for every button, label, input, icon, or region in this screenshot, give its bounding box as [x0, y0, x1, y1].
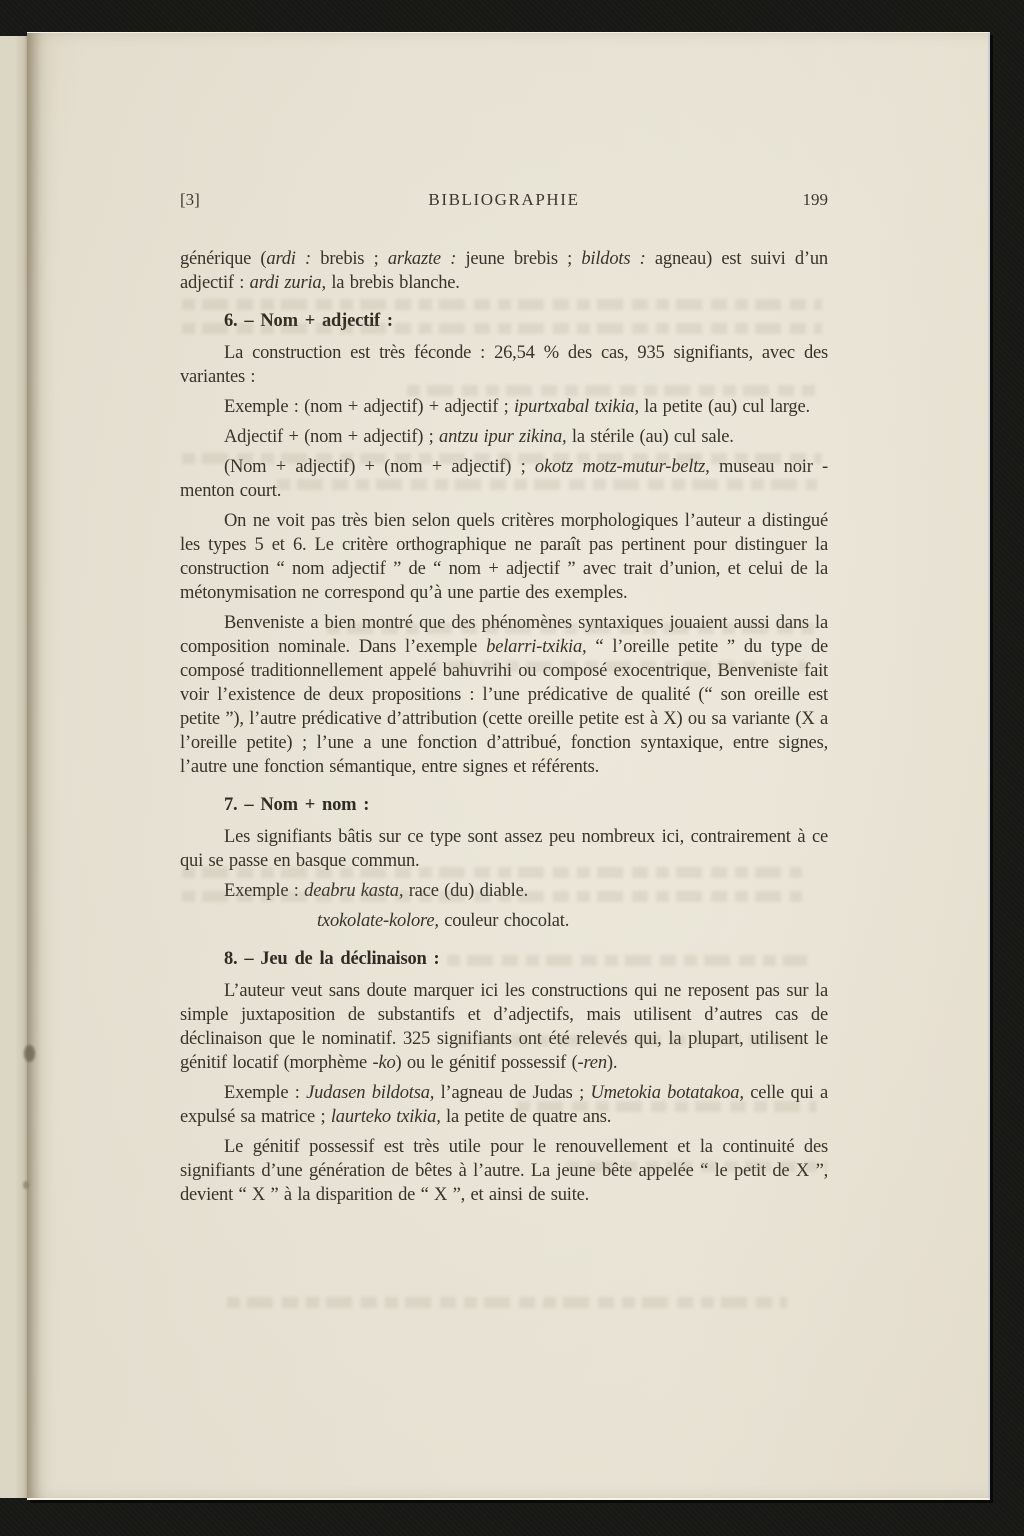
basque-term: ipurtxabal txikia, [514, 397, 639, 417]
page-header: [3] BIBLIOGRAPHIE 199 [180, 190, 828, 214]
section-heading: 6. – Nom + adjectif : [180, 309, 828, 333]
basque-term: belarri-txikia, [486, 637, 586, 657]
text-run: (Nom + adjectif) + (nom + adjectif) ; [224, 457, 535, 477]
ink-spot [24, 1045, 35, 1062]
basque-term: antzu ipur zikina, [439, 427, 566, 447]
text-run: couleur chocolat. [439, 911, 569, 931]
basque-term: bildots : [581, 249, 645, 269]
gutter-crease [27, 33, 41, 1498]
paragraph: Les signifiants bâtis sur ce type sont a… [180, 825, 828, 873]
basque-term: Judasen bildotsa, [306, 1083, 434, 1103]
text-run: la petite de quatre ans. [441, 1107, 612, 1127]
text-run: Les signifiants bâtis sur ce type sont a… [180, 827, 828, 871]
paragraph: La construction est très féconde : 26,54… [180, 341, 828, 389]
book-page: [3] BIBLIOGRAPHIE 199 générique (ardi : … [27, 32, 990, 1500]
text-run: jeune brebis ; [456, 249, 581, 269]
text-run: “ l’oreille petite ” du type de composé … [180, 637, 828, 777]
text-run: ) ou le génitif possessif ( [396, 1053, 578, 1073]
paragraph: Exemple : Judasen bildotsa, l’agneau de … [180, 1081, 828, 1129]
text-run: la brebis blanche. [326, 273, 460, 293]
paragraph: (Nom + adjectif) + (nom + adjectif) ; ok… [180, 455, 828, 503]
basque-term: okotz motz-mutur-beltz, [535, 457, 710, 477]
basque-term: deabru kasta, [304, 881, 403, 901]
basque-term: -ren [578, 1053, 607, 1073]
paragraph: Exemple : deabru kasta, race (du) diable… [180, 879, 828, 903]
paragraph: Benveniste a bien montré que des phénomè… [180, 611, 828, 779]
bleedthrough-artifact [227, 1297, 787, 1308]
text-run: l’agneau de Judas ; [434, 1083, 590, 1103]
paragraph: Exemple : (nom + adjectif) + adjectif ; … [180, 395, 828, 419]
basque-term: -ko [373, 1053, 396, 1073]
running-title: BIBLIOGRAPHIE [180, 190, 828, 210]
text-run: générique ( [180, 249, 266, 269]
section-heading: 8. – Jeu de la déclinaison : [180, 947, 828, 971]
paragraph: On ne voit pas très bien selon quels cri… [180, 509, 828, 605]
underlying-page-edge [0, 36, 27, 1498]
text-run: brebis ; [311, 249, 388, 269]
text-run: On ne voit pas très bien selon quels cri… [180, 511, 828, 603]
section-heading: 7. – Nom + nom : [180, 793, 828, 817]
text-run: Exemple : [224, 881, 304, 901]
text-run: Exemple : [224, 1083, 306, 1103]
text-run: ). [607, 1053, 617, 1073]
text-run: race (du) diable. [403, 881, 528, 901]
ink-spot [23, 1181, 29, 1189]
text-run: Adjectif + (nom + adjectif) ; [224, 427, 439, 447]
text-run: 8. – Jeu de la déclinaison : [224, 949, 439, 969]
text-run: 6. – Nom + adjectif : [224, 311, 393, 331]
text-run: Exemple : (nom + adjectif) + adjectif ; [224, 397, 514, 417]
text-run: 7. – Nom + nom : [224, 795, 369, 815]
paragraph: Adjectif + (nom + adjectif) ; antzu ipur… [180, 425, 828, 449]
basque-term: txokolate-kolore, [317, 911, 439, 931]
page-number: 199 [803, 190, 829, 210]
basque-term: Umetokia botatakoa, [590, 1083, 743, 1103]
basque-term: arkazte : [388, 249, 456, 269]
basque-term: laurteko txikia, [331, 1107, 441, 1127]
basque-term: ardi : [266, 249, 311, 269]
paragraph: txokolate-kolore, couleur chocolat. [317, 909, 828, 933]
body-text: générique (ardi : brebis ; arkazte : jeu… [180, 247, 828, 1213]
paragraph: L’auteur veut sans doute marquer ici les… [180, 979, 828, 1075]
text-run: Le génitif possessif est très utile pour… [180, 1137, 828, 1205]
scanner-background: [3] BIBLIOGRAPHIE 199 générique (ardi : … [0, 0, 1024, 1536]
text-run: la stérile (au) cul sale. [566, 427, 733, 447]
basque-term: ardi zuria, [250, 273, 326, 293]
text-run: La construction est très féconde : 26,54… [180, 343, 828, 387]
text-run: la petite (au) cul large. [639, 397, 810, 417]
paragraph: Le génitif possessif est très utile pour… [180, 1135, 828, 1207]
paragraph: générique (ardi : brebis ; arkazte : jeu… [180, 247, 828, 295]
